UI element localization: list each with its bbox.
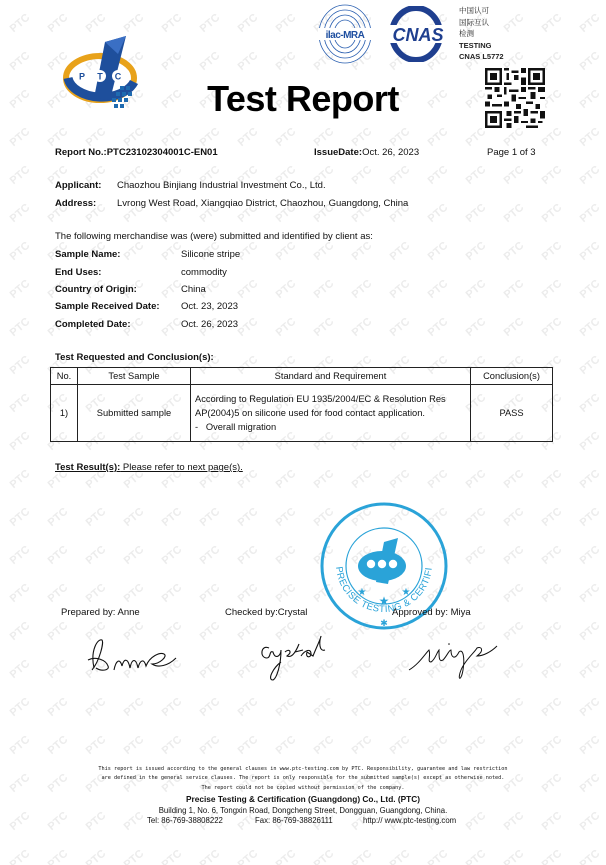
accreditation-cn-line: 中国认可 [459,5,504,17]
issue-date-value: Oct. 26, 2023 [362,147,419,158]
ilac-mra-logo-icon: ilac-MRA [317,3,373,65]
end-uses-value: commodity [181,267,227,278]
disclaimer-line: This report is issued according to the g… [0,765,606,774]
standard-text: According to Regulation EU 1935/2004/EC … [195,392,466,420]
signature-crystal-icon [255,630,355,685]
cell-standard: According to Regulation EU 1935/2004/EC … [191,385,471,442]
svg-text:★: ★ [358,587,367,598]
approved-by-label: Approved by: Miya [392,607,471,618]
page-title: Test Report [0,78,606,120]
sample-name-label: Sample Name: [55,249,120,260]
completed-date-value: Oct. 26, 2023 [181,319,238,330]
signature-anne-icon [80,630,190,680]
col-header-no: No. [51,368,78,385]
completed-date-label: Completed Date: [55,319,130,330]
received-date-value: Oct. 23, 2023 [181,301,238,312]
company-name: Precise Testing & Certification (Guangdo… [0,794,606,804]
applicant-value: Chaozhou Binjiang Industrial Investment … [117,180,326,191]
test-result-text: Please refer to next page(s). [120,462,243,473]
address-label: Address: [55,198,96,209]
disclaimer: This report is issued according to the g… [0,765,606,793]
sample-intro: The following merchandise was (were) sub… [55,231,373,242]
applicant-label: Applicant: [55,180,101,191]
company-website-link[interactable]: http:// www.ptc-testing.com [363,816,456,825]
prepared-by-label: Prepared by: Anne [61,607,140,618]
disclaimer-line: The report could not be copied without p… [0,784,606,793]
cell-conclusion: PASS [471,385,553,442]
cell-no: 1) [51,385,78,442]
cnas-logo-icon: CNAS [382,6,454,62]
test-result-label: Test Result(s): [55,462,120,473]
country-of-origin-label: Country of Origin: [55,284,137,295]
test-conclusion-table: No. Test Sample Standard and Requirement… [50,367,553,442]
company-tel: Tel: 86-769-38808222 [147,816,223,825]
col-header-test-sample: Test Sample [78,368,191,385]
svg-text:ilac-MRA: ilac-MRA [326,30,365,41]
test-result-note: Test Result(s): Please refer to next pag… [55,462,243,473]
address-value: Lvrong West Road, Xiangqiao District, Ch… [117,198,408,209]
company-fax: Fax: 86-769-38826111 [255,816,333,825]
report-number-label: Report No.: [55,147,107,158]
country-of-origin-value: China [181,284,206,295]
accreditation-cn-line: 国际互认 [459,17,504,29]
company-address: Building 1, No. 6, Tongxin Road, Dongche… [0,806,606,815]
issue-date-label: IssueDate: [314,147,362,158]
svg-text:★: ★ [402,587,411,598]
table-header-row: No. Test Sample Standard and Requirement… [51,368,553,385]
col-header-standard: Standard and Requirement [191,368,471,385]
svg-text:CNAS: CNAS [392,25,443,45]
accreditation-testing: TESTING [459,40,504,52]
issue-date: IssueDate:Oct. 26, 2023 [314,147,419,158]
disclaimer-line: are defined in the general service claus… [0,774,606,783]
report-number-value: PTC23102304001C-EN01 [107,147,218,158]
cnas-number: CNAS L5772 [459,51,504,63]
end-uses-label: End Uses: [55,267,101,278]
checked-by-label: Checked by:Crystal [225,607,307,618]
sample-name-value: Silicone stripe [181,249,240,260]
svg-text:★: ★ [379,594,390,608]
signature-miya-icon [405,630,525,685]
tests-heading: Test Requested and Conclusion(s): [55,352,214,363]
received-date-label: Sample Received Date: [55,301,160,312]
page-number: Page 1 of 3 [487,147,536,158]
standard-item: - Overall migration [195,420,466,434]
table-row: 1) Submitted sample According to Regulat… [51,385,553,442]
svg-text:✱: ✱ [380,618,388,628]
accreditation-text: 中国认可 国际互认 检测 TESTING CNAS L5772 [459,5,504,63]
report-number: Report No.:PTC23102304001C-EN01 [55,147,218,158]
cell-test-sample: Submitted sample [78,385,191,442]
accreditation-cn-line: 检测 [459,28,504,40]
col-header-conclusion: Conclusion(s) [471,368,553,385]
